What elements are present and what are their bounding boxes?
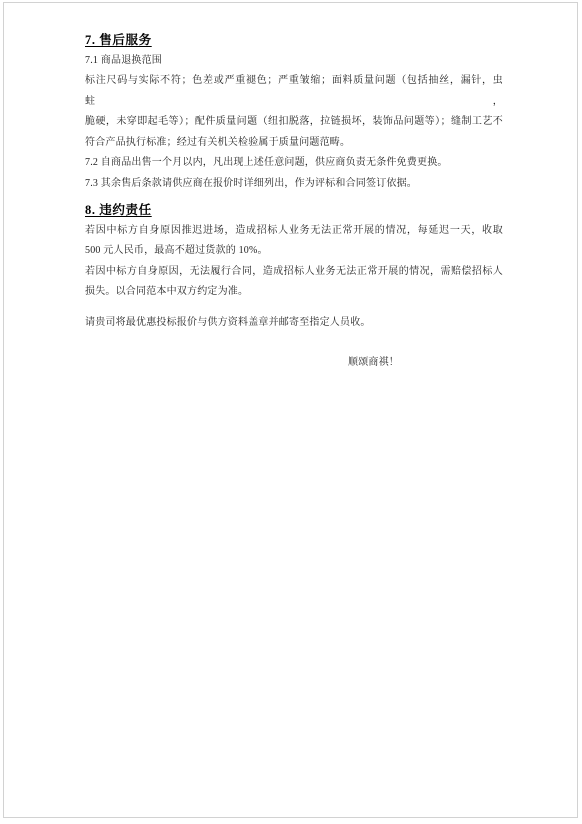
section-8-para2-line-1: 若因中标方自身原因，无法履行合同，造成招标人业务无法正常开展的情况，需赔偿招标人 <box>85 262 503 283</box>
clause-7-1-body-line-2: 脆硬，未穿即起毛等）；配件质量问题（纽扣脱落，拉链损坏，装饰品问题等）；缝制工艺… <box>85 112 503 133</box>
paragraph-gap <box>85 303 503 313</box>
section-8-para1-line-1: 若因中标方自身原因推迟进场，造成招标人业务无法正常开展的情况，每延迟一天，收取 <box>85 221 503 242</box>
clause-7-3: 7.3 其余售后条款请供应商在报价时详细列出，作为评标和合同签订依据。 <box>85 174 503 195</box>
clause-7-1-body-line-1: 标注尺码与实际不符；色差或严重褪色；严重皱缩；面料质量问题（包括抽丝，漏针，虫蛀… <box>85 71 503 112</box>
closing-salutation: 顺颂商祺！ <box>348 353 503 374</box>
clause-7-2: 7.2 自商品出售一个月以内，凡出现上述任意问题，供应商负责无条件免费更换。 <box>85 153 503 174</box>
section-8-heading: 8. 违约责任 <box>85 200 503 221</box>
clause-7-1-title: 7.1 商品退换范围 <box>85 51 503 72</box>
section-7-heading: 7. 售后服务 <box>85 30 503 51</box>
section-8-para2-line-2: 损失。以合同范本中双方约定为准。 <box>85 282 503 303</box>
section-8-para1-line-2: 500 元人民币，最高不超过货款的 10%。 <box>85 241 503 262</box>
closing-request: 请贵司将最优惠投标报价与供方资料盖章并邮寄至指定人员收。 <box>85 313 503 334</box>
document-page: 7. 售后服务 7.1 商品退换范围 标注尺码与实际不符；色差或严重褪色；严重皱… <box>3 2 578 818</box>
clause-7-1-body-line-3: 符合产品执行标准；经过有关机关检验属于质量问题范畴。 <box>85 133 503 154</box>
document-content: 7. 售后服务 7.1 商品退换范围 标注尺码与实际不符；色差或严重褪色；严重皱… <box>85 30 503 374</box>
salutation-gap <box>85 333 503 353</box>
